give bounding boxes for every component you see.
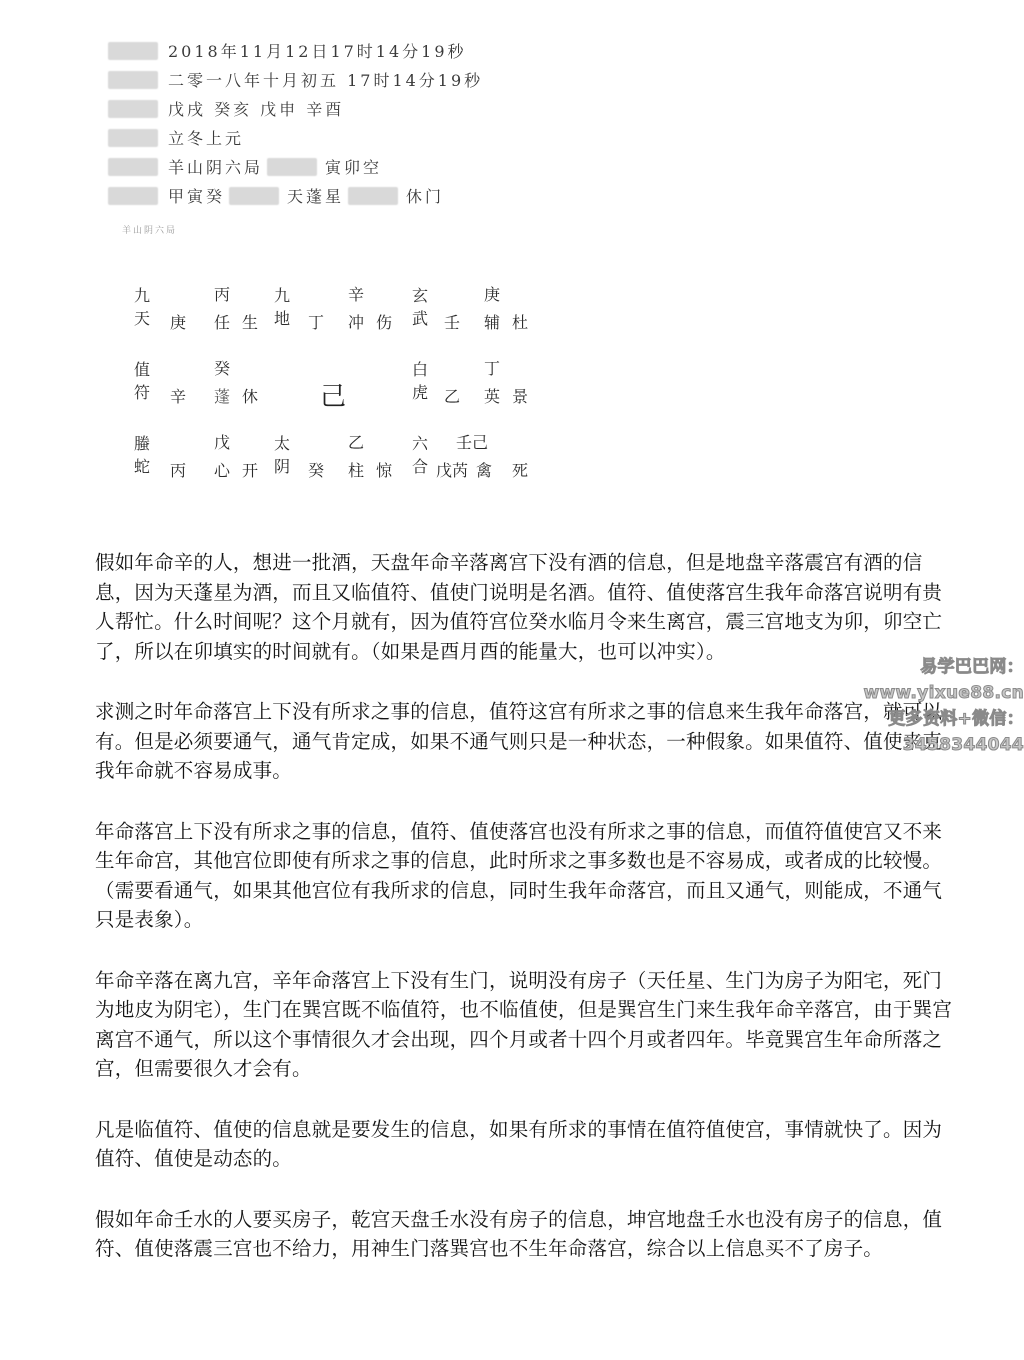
paragraph: 假如年命辛的人，想进一批酒，天盘年命辛落离宫下没有酒的信息，但是地盘辛落震宫有酒…	[95, 548, 955, 666]
redacted-label	[108, 42, 158, 60]
void-branches: 寅卯空	[325, 155, 382, 178]
paragraph: 凡是临值符、值使的信息就是要发生的信息，如果有所求的事情在值符值使宫，事情就快了…	[95, 1115, 955, 1174]
chart-caption: 羊山阴六局	[122, 223, 177, 236]
palace-star: 柱	[348, 462, 364, 480]
palace-door: 生	[242, 314, 258, 332]
palace-door: 伤	[376, 314, 392, 332]
palace-star: 任	[214, 314, 230, 332]
redacted-label	[108, 100, 158, 118]
redacted-label	[108, 129, 158, 147]
watermark-contact: 更多资料+微信：3458344044	[768, 706, 1024, 758]
qimen-chart: 九天 丙 庚 任 生 九地 辛 丁 冲 伤 玄武 庚 壬 辅 杜 值符 癸 辛 …	[134, 284, 544, 484]
palace-bottom-left: 螣蛇 戊 丙 心 开	[134, 432, 270, 492]
redacted-label	[108, 158, 158, 176]
solar-date: 2018年11月12日17时14分19秒	[168, 39, 467, 62]
palace-door: 惊	[376, 462, 392, 480]
ju-info: 羊山阴六局 寅卯空	[168, 155, 382, 178]
redacted-label	[267, 158, 317, 176]
palace-star: 英	[484, 388, 500, 406]
solar-term: 立冬上元	[168, 126, 244, 149]
palace-god: 螣蛇	[134, 432, 152, 478]
palace-door: 开	[242, 462, 258, 480]
palace-door: 休	[242, 388, 258, 406]
palace-god: 六合	[412, 432, 430, 478]
ganzhi-pillars: 戊戌 癸亥 戊申 辛酉	[168, 97, 344, 120]
palace-top-stem: 丁	[484, 360, 500, 378]
info-row-ganzhi: 戊戌 癸亥 戊申 辛酉	[108, 94, 568, 123]
palace-bottom-center: 太阴 乙 癸 柱 惊	[274, 432, 410, 492]
palace-god: 九地	[274, 284, 292, 330]
palace-top-left: 九天 丙 庚 任 生	[134, 284, 270, 344]
lunar-date: 二零一八年十月初五 17时14分19秒	[168, 68, 483, 91]
info-row-solar-term: 立冬上元	[108, 123, 568, 152]
palace-star: 蓬	[214, 388, 230, 406]
palace-mid-left: 值符 癸 辛 蓬 休	[134, 358, 270, 418]
redacted-label	[108, 71, 158, 89]
palace-bottom-stem: 丁	[308, 314, 324, 332]
paragraph: 年命落宫上下没有所求之事的信息，值符、值使落宫也没有所求之事的信息，而值符值使宫…	[95, 817, 955, 935]
info-row-lunar-date: 二零一八年十月初五 17时14分19秒	[108, 65, 568, 94]
paragraph: 年命辛落在离九宫，辛年命落宫上下没有生门，说明没有房子（天任星、生门为房子为阳宅…	[95, 966, 955, 1084]
palace-star: 心	[214, 462, 230, 480]
center-palace-stem: 己	[320, 376, 346, 413]
palace-god: 九天	[134, 284, 152, 330]
zhifu-star: 天蓬星	[287, 184, 344, 207]
palace-top-stem: 辛	[348, 286, 364, 304]
watermark-site: 易学巴巴网：www.yixue88.cn	[768, 654, 1024, 706]
ju-name: 羊山阴六局	[168, 155, 263, 178]
xunshou: 甲寅癸	[168, 184, 225, 207]
chart-info-header: 2018年11月12日17时14分19秒 二零一八年十月初五 17时14分19秒…	[108, 36, 568, 210]
palace-bottom-stem: 丙	[170, 462, 186, 480]
paragraph: 假如年命壬水的人要买房子，乾宫天盘壬水没有房子的信息，坤宫地盘壬水也没有房子的信…	[95, 1205, 955, 1264]
palace-bottom-right: 六合 壬己 戊芮 禽 死	[412, 432, 548, 492]
palace-god: 值符	[134, 358, 152, 404]
palace-bottom-stem: 庚	[170, 314, 186, 332]
palace-star: 禽	[476, 462, 492, 480]
info-row-solar-date: 2018年11月12日17时14分19秒	[108, 36, 568, 65]
redacted-label	[348, 187, 398, 205]
redacted-label	[229, 187, 279, 205]
palace-bottom-stem: 壬	[444, 314, 460, 332]
palace-top-right: 玄武 庚 壬 辅 杜	[412, 284, 548, 344]
watermark: 易学巴巴网：www.yixue88.cn 更多资料+微信：3458344044	[768, 654, 1024, 758]
palace-door: 杜	[512, 314, 528, 332]
redacted-label	[108, 187, 158, 205]
palace-mid-right: 白虎 丁 乙 英 景	[412, 358, 548, 418]
palace-star: 辅	[484, 314, 500, 332]
xunshou-info: 甲寅癸 天蓬星 休门	[168, 184, 444, 207]
info-row-xunshou: 甲寅癸 天蓬星 休门	[108, 181, 568, 210]
palace-door: 景	[512, 388, 528, 406]
palace-top-stem: 乙	[348, 434, 364, 452]
palace-top-stem: 癸	[214, 360, 230, 378]
palace-top-stem: 丙	[214, 286, 230, 304]
palace-top-stem: 壬己	[456, 434, 488, 452]
palace-door: 死	[512, 462, 528, 480]
info-row-ju: 羊山阴六局 寅卯空	[108, 152, 568, 181]
palace-top-center: 九地 辛 丁 冲 伤	[274, 284, 410, 344]
palace-bottom-stem: 乙	[444, 388, 460, 406]
palace-bottom-stem: 戊芮	[436, 462, 468, 480]
palace-god: 白虎	[412, 358, 430, 404]
palace-bottom-stem: 癸	[308, 462, 324, 480]
palace-top-stem: 戊	[214, 434, 230, 452]
palace-star: 冲	[348, 314, 364, 332]
palace-bottom-stem: 辛	[170, 388, 186, 406]
palace-top-stem: 庚	[484, 286, 500, 304]
palace-god: 太阴	[274, 432, 292, 478]
palace-god: 玄武	[412, 284, 430, 330]
zhishi-door: 休门	[406, 184, 444, 207]
